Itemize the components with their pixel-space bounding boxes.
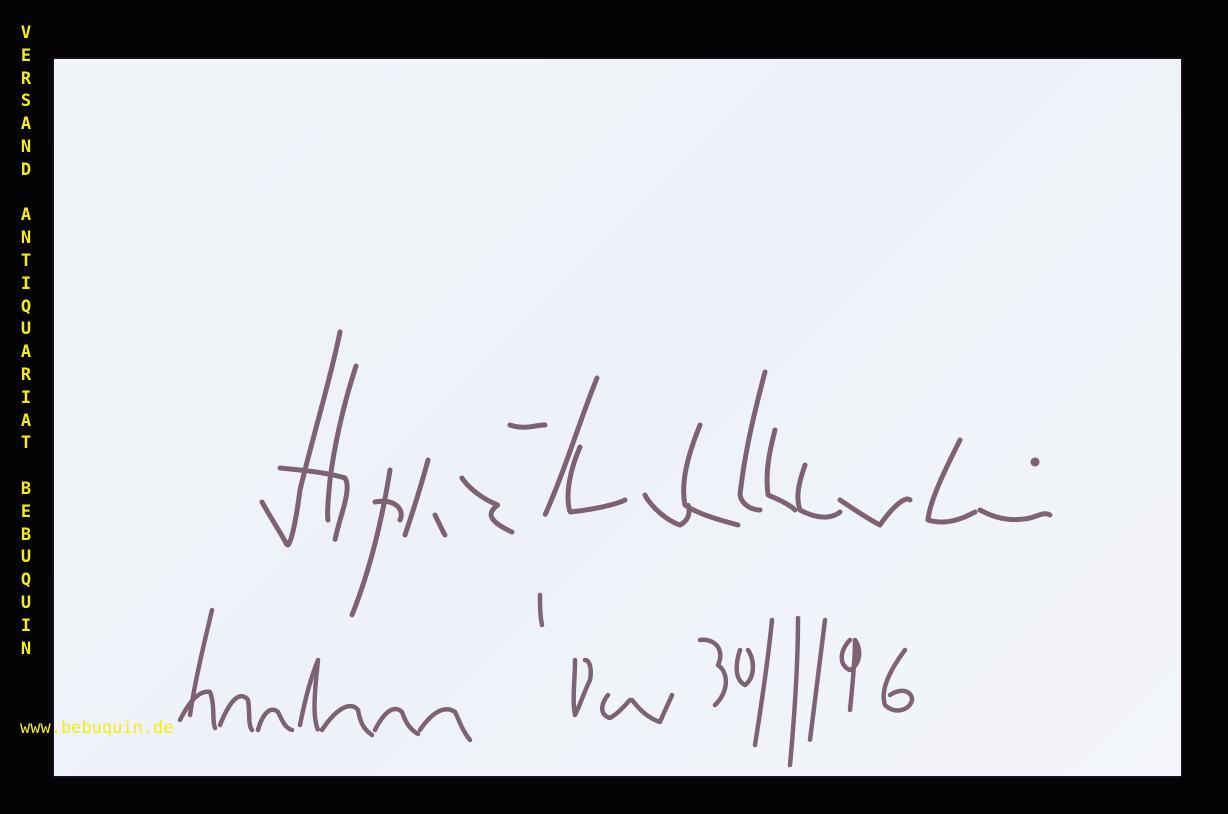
watermark-letter: T (17, 432, 35, 455)
watermark-letter: N (17, 227, 35, 250)
watermark-letter: T (17, 250, 35, 273)
watermark-letter (17, 455, 35, 478)
watermark-letter: S (17, 90, 35, 113)
watermark-letter: D (17, 159, 35, 182)
watermark-vertical-text: VERSAND ANTIQUARIAT BEBUQUIN (17, 22, 35, 660)
watermark-letter (17, 182, 35, 205)
watermark-letter: Q (17, 296, 35, 319)
watermark-letter: A (17, 204, 35, 227)
watermark-letter: R (17, 364, 35, 387)
watermark-letter: E (17, 501, 35, 524)
watermark-letter: U (17, 546, 35, 569)
watermark-letter: N (17, 136, 35, 159)
watermark-letter: A (17, 410, 35, 433)
watermark-letter: U (17, 592, 35, 615)
watermark-letter: U (17, 318, 35, 341)
handwritten-signature (54, 59, 1181, 776)
watermark-letter: B (17, 524, 35, 547)
watermark-letter: E (17, 45, 35, 68)
watermark-letter: R (17, 68, 35, 91)
watermark-letter: A (17, 341, 35, 364)
watermark-letter: B (17, 478, 35, 501)
watermark-letter: V (17, 22, 35, 45)
watermark-letter: A (17, 113, 35, 136)
autograph-card: Yehudi Menuhin München den 30/1/96 (54, 59, 1181, 776)
watermark-letter: I (17, 615, 35, 638)
watermark-letter: I (17, 273, 35, 296)
watermark-letter: Q (17, 569, 35, 592)
watermark-letter: N (17, 638, 35, 661)
watermark-url: www.bebuquin.de (20, 718, 174, 738)
watermark-letter: I (17, 387, 35, 410)
